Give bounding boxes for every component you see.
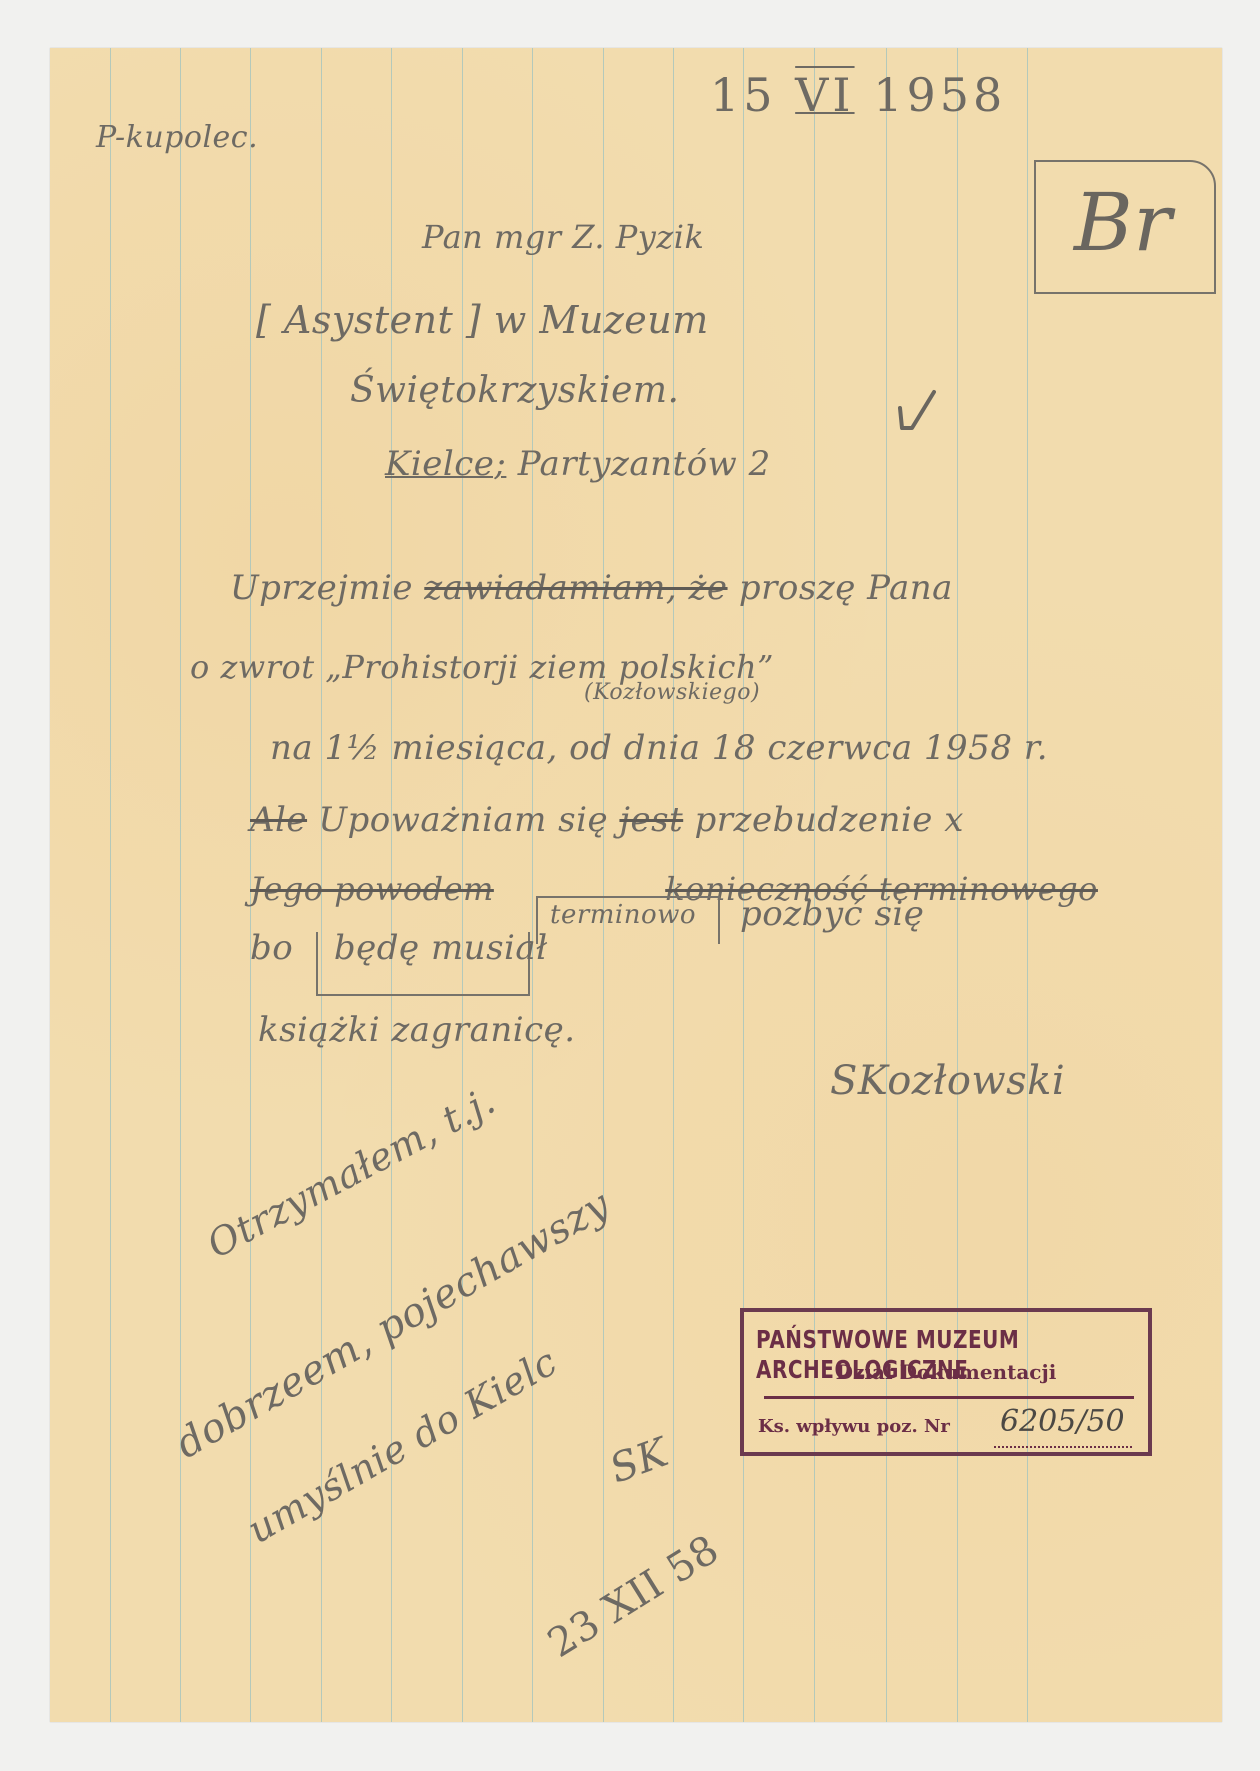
body-line-1: Uprzejmie zawiadamiam, że proszę Pana (230, 568, 953, 608)
struck-text: Jego powodem (250, 870, 494, 908)
reply-note-line-1: Otrzymałem, t.j. (200, 1078, 502, 1267)
body-line-6-end: pozbyć się (740, 894, 924, 934)
reply-note-date: 23 XII 58 (540, 1526, 727, 1667)
body-text: przebudzenie x (695, 800, 964, 840)
struck-text: Ale (250, 800, 307, 840)
addressee-line-4: Kielce; Partyzantów 2 (385, 444, 771, 484)
top-left-note: P-kupolec. (96, 120, 258, 155)
check-mark-icon (898, 388, 936, 434)
document-page: P-kupolec. 15 VI 1958 Br Pan mgr Z. Pyzi… (50, 48, 1222, 1722)
stamp-dotted-line (994, 1446, 1132, 1448)
body-text: będę musiał (334, 928, 548, 968)
body-text: Upoważniam (318, 800, 546, 840)
body-line-4: Ale Upoważniam się jest przebudzenie x (250, 800, 964, 840)
addressee-line-1: Pan mgr Z. Pyzik (422, 218, 704, 256)
body-text: się (558, 800, 608, 840)
body-bracket-text: terminowo (550, 900, 696, 930)
body-text: na 1½ miesiąca, (270, 728, 558, 768)
letter-date: 15 VI 1958 (710, 68, 1006, 122)
stamp-register-number: 6205/50 (1000, 1404, 1125, 1439)
boxed-mark-text: Br (1074, 176, 1172, 269)
addressee-street: Partyzantów 2 (518, 444, 771, 484)
body-line-7: książki zagranicę. (258, 1010, 576, 1050)
body-text: bo (250, 928, 293, 968)
signature: SKozłowski (830, 1058, 1065, 1104)
addressee-line-3: Świętokrzyskiem. (350, 370, 679, 411)
struck-text: zawiadamiam, że (424, 568, 727, 608)
reply-note-initials: SK (604, 1429, 675, 1492)
stamp-register-label: Ks. wpływu poz. Nr (758, 1416, 950, 1437)
addressee-city: Kielce; (385, 444, 506, 484)
body-text: proszę Pana (739, 568, 953, 608)
stamp-department: Dział Dokumentacji (744, 1360, 1148, 1384)
addressee-line-2: [ Asystent ] w Muzeum (256, 298, 709, 342)
date-month: VI (795, 68, 854, 122)
body-text: Uprzejmie (230, 568, 413, 608)
stamp-divider (764, 1396, 1134, 1399)
date-year: 1958 (873, 68, 1006, 122)
body-text: od dnia 18 czerwca 1958 r. (569, 728, 1048, 768)
body-line-3: na 1½ miesiąca, od dnia 18 czerwca 1958 … (270, 728, 1048, 768)
body-line-6: bo będę musiał (250, 928, 548, 968)
date-day: 15 (710, 68, 777, 122)
rule-line (180, 48, 181, 1722)
archive-stamp: PAŃSTWOWE MUZEUM ARCHEOLOGICZNE Dział Do… (740, 1308, 1152, 1456)
body-line-2: o zwrot „Prohistorji ziem polskich” (190, 648, 774, 686)
rule-line (110, 48, 111, 1722)
struck-text: jest (619, 800, 683, 840)
boxed-mark: Br (1034, 160, 1216, 294)
